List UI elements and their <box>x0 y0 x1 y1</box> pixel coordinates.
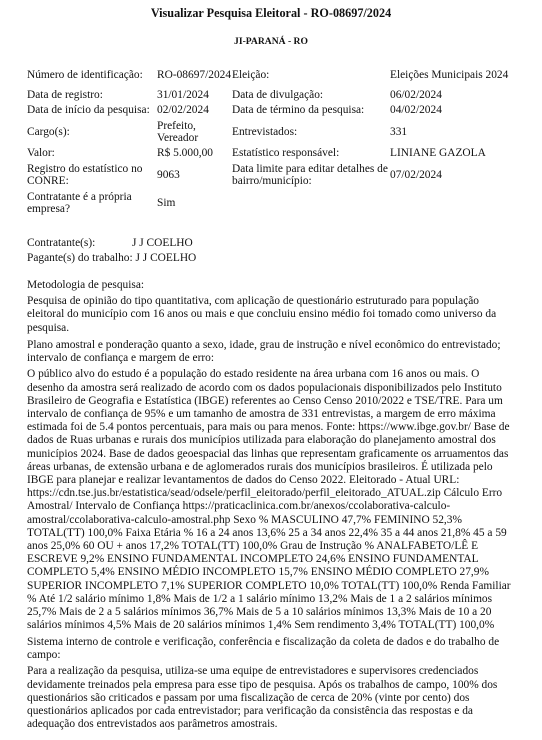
info-row: Cargo(s): Prefeito, Vereador Entrevistad… <box>27 118 527 146</box>
estatistico-label: Estatístico responsável: <box>232 146 390 161</box>
pagante-label: Pagante(s) do trabalho: <box>27 252 133 264</box>
plano-amostral-section: Plano amostral e ponderação quanto a sex… <box>27 339 517 632</box>
valor-label: Valor: <box>27 146 157 161</box>
survey-info-table: Número de identificação: RO-08697/2024 E… <box>27 62 527 217</box>
data-divulgacao-value: 06/02/2024 <box>390 88 527 103</box>
survey-document: Visualizar Pesquisa Eleitoral - RO-08697… <box>0 0 542 740</box>
data-inicio-label: Data de início da pesquisa: <box>27 103 157 118</box>
contratante-label: Contratante(s): <box>27 236 132 251</box>
entrevistados-label: Entrevistados: <box>232 118 390 146</box>
data-termino-label: Data de término da pesquisa: <box>232 103 390 118</box>
pagante-value: J J COELHO <box>136 252 197 264</box>
data-limite-value: 07/02/2024 <box>390 161 527 189</box>
data-inicio-value: 02/02/2024 <box>157 103 232 118</box>
numero-value: RO-08697/2024 <box>157 62 232 88</box>
sistema-controle-body: Para a realização da pesquisa, utiliza-s… <box>27 665 517 731</box>
pagante-row: Pagante(s) do trabalho: J J COELHO <box>27 251 196 266</box>
metodologia-heading: Metodologia de pesquisa: <box>27 279 517 292</box>
cargos-value: Prefeito, Vereador <box>157 118 232 146</box>
info-row: Número de identificação: RO-08697/2024 E… <box>27 62 527 88</box>
plano-amostral-body: O público alvo do estudo é a população d… <box>27 368 517 632</box>
plano-amostral-heading: Plano amostral e ponderação quanto a sex… <box>27 339 517 365</box>
metodologia-section: Metodologia de pesquisa: Pesquisa de opi… <box>27 279 517 335</box>
data-registro-label: Data de registro: <box>27 88 157 103</box>
cargos-label: Cargo(s): <box>27 118 157 146</box>
eleicao-value: Eleições Municipais 2024 <box>390 62 527 88</box>
entrevistados-value: 331 <box>390 118 527 146</box>
municipality-subtitle: JI-PARANÁ - RO <box>0 35 542 48</box>
info-row: Valor: R$ 5.000,00 Estatístico responsáv… <box>27 146 527 161</box>
data-registro-value: 31/01/2024 <box>157 88 232 103</box>
info-row: Data de registro: 31/01/2024 Data de div… <box>27 88 527 103</box>
sistema-controle-section: Sistema interno de controle e verificaçã… <box>27 636 517 731</box>
metodologia-body: Pesquisa de opinião do tipo quantitativa… <box>27 295 517 335</box>
sistema-controle-heading: Sistema interno de controle e verificaçã… <box>27 636 517 662</box>
valor-value: R$ 5.000,00 <box>157 146 232 161</box>
numero-label: Número de identificação: <box>27 62 157 88</box>
data-divulgacao-label: Data de divulgação: <box>232 88 390 103</box>
estatistico-value: LINIANE GAZOLA <box>390 146 527 161</box>
page-title: Visualizar Pesquisa Eleitoral - RO-08697… <box>0 7 542 20</box>
eleicao-label: Eleição: <box>232 62 390 88</box>
propria-empresa-label: Contratante é a própria empresa? <box>27 189 157 217</box>
contract-info: Contratante(s):J J COELHO Pagante(s) do … <box>27 236 196 266</box>
info-row: Contratante é a própria empresa? Sim <box>27 189 527 217</box>
conre-label: Registro do estatístico no CONRE: <box>27 161 157 189</box>
contratante-row: Contratante(s):J J COELHO <box>27 236 196 251</box>
data-limite-label: Data limite para editar detalhes de bair… <box>232 161 390 189</box>
info-row: Registro do estatístico no CONRE: 9063 D… <box>27 161 527 189</box>
contratante-value: J J COELHO <box>132 237 193 249</box>
info-row: Data de início da pesquisa: 02/02/2024 D… <box>27 103 527 118</box>
conre-value: 9063 <box>157 161 232 189</box>
data-termino-value: 04/02/2024 <box>390 103 527 118</box>
propria-empresa-value: Sim <box>157 189 232 217</box>
